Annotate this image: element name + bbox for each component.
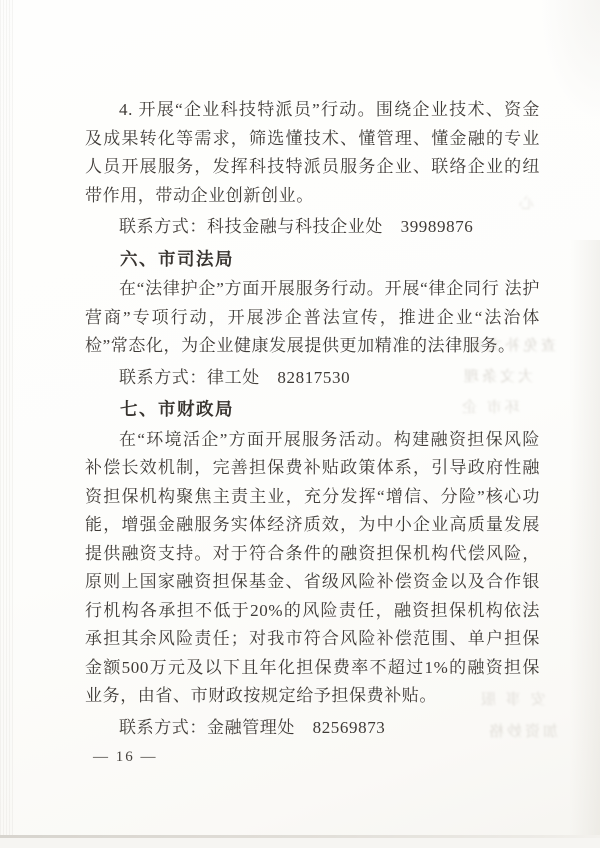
bleedthrough-ghost-text: 安 事 服 xyxy=(478,688,546,709)
page-number: — 16 — xyxy=(93,749,158,766)
scanned-document-page: 4. 开展“企业科技特派员”行动。围绕企业技术、资金及成果转化等需求，筛选懂技术… xyxy=(0,0,600,848)
document-body: 4. 开展“企业科技特派员”行动。围绕企业技术、资金及成果转化等需求，筛选懂技术… xyxy=(85,96,540,744)
scan-left-edge-artifact xyxy=(0,0,13,848)
bleedthrough-ghost-text: 查免补文金 xyxy=(466,334,556,355)
paragraph-finance-bureau: 在“环境活企”方面开展服务活动。构建融资担保风险补偿长效机制，完善担保费补贴政策… xyxy=(85,426,540,711)
bleedthrough-ghost-text: 环市 企 xyxy=(459,396,520,417)
section-heading-justice-bureau: 六、市司法局 xyxy=(85,245,540,274)
contact-line-finance-bureau: 联系方式：金融管理处 82569873 xyxy=(85,714,540,743)
bleedthrough-ghost-text: 心 xyxy=(516,192,534,213)
scan-below-page-area xyxy=(0,838,600,848)
bleedthrough-ghost-text: 大文条理 xyxy=(461,365,533,386)
paragraph-science-commissioner: 4. 开展“企业科技特派员”行动。围绕企业技术、资金及成果转化等需求，筛选懂技术… xyxy=(85,96,540,210)
scan-corner-shading xyxy=(540,0,600,120)
bleedthrough-ghost-text: 加资妙格 xyxy=(486,720,558,741)
scan-right-shading xyxy=(566,240,600,835)
contact-line-science-bureau: 联系方式：科技金融与科技企业处 39989876 xyxy=(85,213,540,242)
